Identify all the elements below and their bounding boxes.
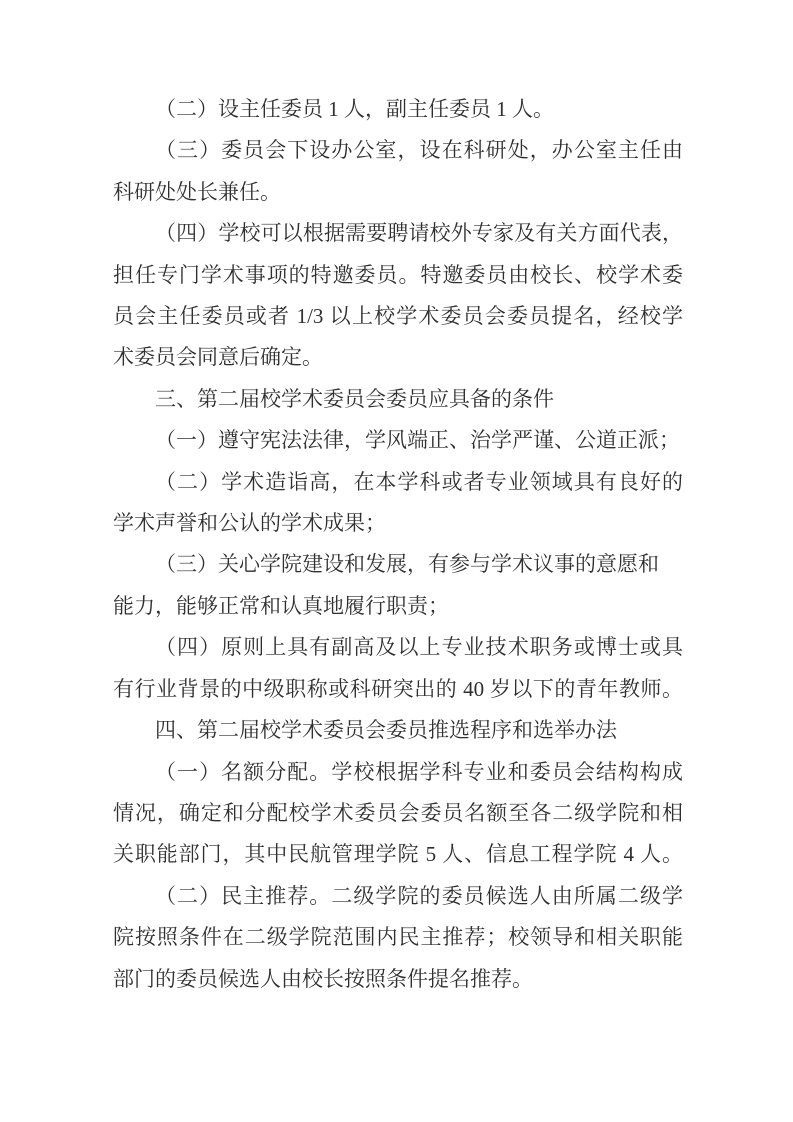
text-line: （三）委员会下设办公室，设在科研处，办公室主任由: [113, 130, 683, 171]
text-line: 有行业背景的中级职称或科研突出的 40 岁以下的青年教师。: [113, 669, 683, 710]
text-line: 员会主任委员或者 1/3 以上校学术委员会委员提名，经校学: [113, 296, 683, 337]
paragraph: （一）名额分配。学校根据学科专业和委员会结构构成 情况，确定和分配校学术委员会委…: [113, 752, 683, 876]
text-line: 三、第二届校学术委员会委员应具备的条件: [113, 379, 683, 420]
text-line: （一）遵守宪法法律，学风端正、治学严谨、公道正派；: [113, 420, 683, 461]
text-line: （三）关心学院建设和发展，有参与学术议事的意愿和: [113, 544, 683, 585]
text-line: （二）学术造诣高，在本学科或者专业领域具有良好的: [113, 462, 683, 503]
text-line: 学术声誉和公认的学术成果；: [113, 503, 683, 544]
text-line: （四）原则上具有副高及以上专业技术职务或博士或具: [113, 627, 683, 668]
paragraph: （四）学校可以根据需要聘请校外专家及有关方面代表， 担任专门学术事项的特邀委员。…: [113, 213, 683, 379]
document-body: （二）设主任委员 1 人，副主任委员 1 人。 （三）委员会下设办公室，设在科研…: [113, 89, 683, 1000]
paragraph: （三）关心学院建设和发展，有参与学术议事的意愿和 能力，能够正常和认真地履行职责…: [113, 544, 683, 627]
text-line: （四）学校可以根据需要聘请校外专家及有关方面代表，: [113, 213, 683, 254]
text-line: （二）民主推荐。二级学院的委员候选人由所属二级学: [113, 876, 683, 917]
paragraph: （一）遵守宪法法律，学风端正、治学严谨、公道正派；: [113, 420, 683, 461]
paragraph: （四）原则上具有副高及以上专业技术职务或博士或具 有行业背景的中级职称或科研突出…: [113, 627, 683, 710]
paragraph: （二）学术造诣高，在本学科或者专业领域具有良好的 学术声誉和公认的学术成果；: [113, 462, 683, 545]
document-page: （二）设主任委员 1 人，副主任委员 1 人。 （三）委员会下设办公室，设在科研…: [0, 0, 793, 1122]
paragraph: （二）设主任委员 1 人，副主任委员 1 人。: [113, 89, 683, 130]
text-line: 院按照条件在二级学院范围内民主推荐；校领导和相关职能: [113, 917, 683, 958]
text-line: （二）设主任委员 1 人，副主任委员 1 人。: [113, 89, 683, 130]
text-line: （一）名额分配。学校根据学科专业和委员会结构构成: [113, 752, 683, 793]
text-line: 科研处处长兼任。: [113, 172, 683, 213]
section-heading: 四、第二届校学术委员会委员推选程序和选举办法: [113, 710, 683, 751]
text-line: 能力，能够正常和认真地履行职责；: [113, 586, 683, 627]
text-line: 术委员会同意后确定。: [113, 337, 683, 378]
text-line: 部门的委员候选人由校长按照条件提名推荐。: [113, 959, 683, 1000]
paragraph: （二）民主推荐。二级学院的委员候选人由所属二级学 院按照条件在二级学院范围内民主…: [113, 876, 683, 1000]
text-line: 四、第二届校学术委员会委员推选程序和选举办法: [113, 710, 683, 751]
paragraph: （三）委员会下设办公室，设在科研处，办公室主任由 科研处处长兼任。: [113, 130, 683, 213]
section-heading: 三、第二届校学术委员会委员应具备的条件: [113, 379, 683, 420]
text-line: 关职能部门，其中民航管理学院 5 人、信息工程学院 4 人。: [113, 834, 683, 875]
text-line: 情况，确定和分配校学术委员会委员名额至各二级学院和相: [113, 793, 683, 834]
text-line: 担任专门学术事项的特邀委员。特邀委员由校长、校学术委: [113, 255, 683, 296]
